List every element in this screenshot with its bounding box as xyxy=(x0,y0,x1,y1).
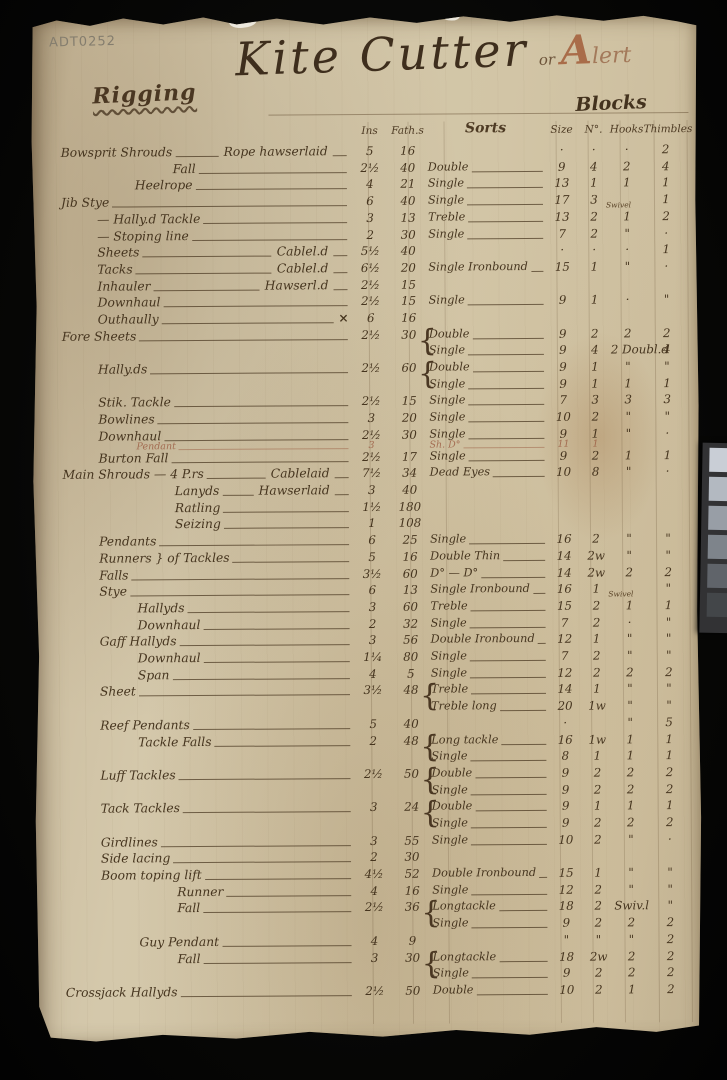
leader-line xyxy=(434,715,546,728)
block-size-value: " xyxy=(550,932,582,949)
sorts-line: Long tackle161w11 xyxy=(429,731,691,749)
size-value: 6 xyxy=(352,532,392,549)
hooks-value: " xyxy=(614,864,648,881)
leader-line xyxy=(179,766,351,780)
fathoms-value: 16 xyxy=(392,548,428,565)
fathoms-value: 34 xyxy=(392,465,428,482)
thimbles-value: 1 xyxy=(644,191,688,208)
fathoms-value: 50 xyxy=(395,983,431,1000)
sorts-block: Double Ironbound151"" xyxy=(430,864,692,882)
hooks-value: 3 xyxy=(611,392,645,409)
number-value: 1 xyxy=(579,375,611,392)
sorts-line: ···1 xyxy=(426,241,688,259)
block-size-value: 9 xyxy=(550,815,582,832)
material-label: Cablel.d xyxy=(277,260,329,277)
fathoms-value: 52 xyxy=(394,866,430,883)
bracket-brace: { xyxy=(420,763,439,796)
sorts-block: Single12222 xyxy=(429,664,691,682)
number-value: 8 xyxy=(580,464,612,481)
sorts-line: Single9222 xyxy=(430,914,692,932)
leader-line xyxy=(475,798,546,811)
sort-label: Single xyxy=(428,532,466,549)
sort-label: Double Ironbound xyxy=(429,631,535,648)
hooks-value: " xyxy=(610,225,644,242)
number-value: 1 xyxy=(581,748,613,765)
sorts-block xyxy=(428,513,690,531)
sorts-line: Double Ironbound151"" xyxy=(430,864,692,882)
sorts-line xyxy=(428,497,690,515)
leader-line xyxy=(433,481,545,494)
table-row: Hally.ds2½60{Double91""Single9111 xyxy=(50,358,689,395)
hooks-value: 1 xyxy=(611,447,645,464)
block-size-value: 7 xyxy=(549,648,581,665)
hooks-value: 2 xyxy=(612,564,646,581)
leader-line xyxy=(469,426,545,439)
leader-line xyxy=(207,466,266,479)
leader-line xyxy=(501,731,546,744)
sorts-line: Double9222 xyxy=(427,325,689,343)
number-value: 1 xyxy=(579,292,611,309)
block-size-value: 10 xyxy=(551,982,583,999)
sorts-line: Single9222 xyxy=(430,781,692,799)
sort-label: Single xyxy=(427,448,465,465)
block-size-value: 9 xyxy=(547,292,579,309)
sorts-line: Single9111 xyxy=(427,375,689,393)
leader-line xyxy=(469,531,545,544)
leader-line xyxy=(183,799,351,813)
fathoms-value: 60 xyxy=(392,565,428,582)
size-value: 2½ xyxy=(351,360,391,377)
sorts-line: Single942 Doubl.d4 xyxy=(427,341,689,359)
sorts-block: {Longtackle182Swiv.l"Single9222 xyxy=(430,897,692,932)
calibration-swatch xyxy=(707,564,727,589)
hooks-value: 1 xyxy=(613,731,647,748)
number-value: 2 xyxy=(579,447,611,464)
sorts-block: Single122"" xyxy=(430,881,692,899)
sorts-block: {Double9222Single9222 xyxy=(429,764,691,799)
sort-label: Treble xyxy=(428,598,467,615)
block-size-value: 14 xyxy=(548,564,580,581)
number-value: 1 xyxy=(581,631,613,648)
sorts-block: Treble1521Swivel1 xyxy=(428,597,690,615)
sorts-block: Double10212 xyxy=(431,981,693,999)
size-value: 4½ xyxy=(354,866,394,883)
size-value: 3 xyxy=(355,949,395,966)
size-value: 3 xyxy=(354,832,394,849)
section-header-rigging: Rigging xyxy=(92,79,197,109)
hooks-value: 2 xyxy=(614,781,648,798)
sorts-line: Single Ironbound161" xyxy=(428,580,690,598)
row-label: Fall xyxy=(177,900,200,917)
thimbles-value: · xyxy=(646,463,690,480)
row-label: Seizing xyxy=(175,516,221,533)
fathoms-value: 32 xyxy=(393,615,429,632)
leader-line xyxy=(136,260,272,274)
number-value: 4 xyxy=(579,342,611,359)
number-value: 2 xyxy=(582,831,614,848)
size-value: 2 xyxy=(353,615,393,632)
size-value: 3 xyxy=(352,482,392,499)
number-value: 1w xyxy=(581,698,613,715)
leader-line xyxy=(467,175,543,188)
sorts-line xyxy=(430,847,692,865)
row-label: Lanyds xyxy=(175,483,220,500)
block-size-value: 12 xyxy=(549,664,581,681)
sort-label: Single xyxy=(429,648,467,665)
block-size-value: 14 xyxy=(548,548,580,565)
torn-edge-chip xyxy=(442,9,461,21)
sorts-block: Double Ironbound121"" xyxy=(429,630,691,648)
sorts-block: Dead Eyes108"· xyxy=(428,463,690,481)
sorts-line: Double9222 xyxy=(429,764,691,782)
column-header-thimbles: Thimbles xyxy=(644,123,688,135)
leader-line xyxy=(335,465,349,478)
leader-line xyxy=(233,549,350,563)
block-size-value: 9 xyxy=(547,359,579,376)
sorts-block: Single Ironbound151"· xyxy=(426,258,688,276)
row-label: Inhauler xyxy=(97,278,150,295)
size-value: 3 xyxy=(351,440,391,450)
size-value: 1½ xyxy=(352,499,392,516)
thimbles-value: " xyxy=(648,864,692,881)
grayscale-calibration-strip xyxy=(699,443,727,634)
number-value: 2 xyxy=(583,965,615,982)
leader-line xyxy=(471,598,546,611)
material-label: Rope hawserlaid xyxy=(224,143,328,160)
leader-line xyxy=(493,464,545,477)
block-size-value: 9 xyxy=(550,781,582,798)
size-value: 2½ xyxy=(351,393,391,410)
sort-label: Single Ironbound xyxy=(426,259,528,276)
row-label: Gaff Hallyds xyxy=(100,633,177,650)
thimbles-value: " xyxy=(647,630,691,647)
block-size-value: 7 xyxy=(549,614,581,631)
leader-line xyxy=(432,309,544,322)
calibration-swatch xyxy=(708,506,727,531)
hooks-value: · xyxy=(610,141,644,158)
size-value: 2½ xyxy=(353,766,393,783)
leader-line xyxy=(333,143,347,156)
fathoms-value: 25 xyxy=(392,532,428,549)
leader-line xyxy=(175,144,219,157)
size-value: 3 xyxy=(351,410,391,427)
thimbles-value: " xyxy=(645,291,689,308)
leader-line xyxy=(499,948,548,961)
rigging-table-rows: Bowsprit ShroudsRope hawserlaid516···2Fa… xyxy=(49,141,693,1001)
number-value: 2 xyxy=(582,898,614,915)
row-label: Runners } of Tackles xyxy=(99,550,230,567)
sorts-block: D° — D°142w22 xyxy=(428,564,690,582)
row-label: Tacks xyxy=(97,261,132,278)
leader-line xyxy=(226,883,351,897)
size-value: 4 xyxy=(353,666,393,683)
block-size-value: 9 xyxy=(547,325,579,342)
hooks-value: " xyxy=(614,881,648,898)
calibration-swatch xyxy=(709,477,727,502)
sort-label: D° — D° xyxy=(428,565,478,582)
thimbles-value: " xyxy=(647,647,691,664)
block-size-value: 9 xyxy=(549,765,581,782)
leader-line xyxy=(472,915,548,928)
thimbles-value: 1 xyxy=(648,797,692,814)
material-label: Cablel.d xyxy=(277,243,329,260)
block-size-value: 13 xyxy=(546,209,578,226)
sorts-line xyxy=(427,308,689,326)
leader-line xyxy=(195,177,346,191)
fathoms-value: 108 xyxy=(392,515,428,532)
size-value: 6 xyxy=(351,310,391,327)
sorts-line: Double Ironbound121"" xyxy=(429,630,691,648)
thimbles-value: 1 xyxy=(644,241,688,258)
size-value: 3 xyxy=(353,632,393,649)
thimbles-value: 2 xyxy=(646,564,690,581)
leader-line xyxy=(203,900,351,914)
number-value: 2 xyxy=(582,781,614,798)
leader-line xyxy=(142,244,271,258)
block-size-value: 15 xyxy=(546,259,578,276)
leader-line xyxy=(471,832,547,845)
number-value: 2w xyxy=(583,948,615,965)
bracket-brace: { xyxy=(421,797,440,830)
column-header-hooks: Hooks xyxy=(610,123,644,135)
fathoms-value: 56 xyxy=(393,632,429,649)
row-label: Sheets xyxy=(97,245,139,262)
table-row: Fall330{Longtackle182w22Single9222 xyxy=(54,948,693,985)
hooks-value: 2 xyxy=(614,814,648,831)
material-label: Hawserl.d xyxy=(265,277,329,294)
hooks-value: Swiv.l xyxy=(614,898,648,915)
hooks-value: 1Swivel xyxy=(610,208,644,225)
sort-label: Double xyxy=(431,982,474,999)
title-connector: or xyxy=(539,50,556,69)
fathoms-value: 40 xyxy=(390,243,426,260)
calibration-swatch xyxy=(708,535,727,560)
block-size-value: 10 xyxy=(548,464,580,481)
table-row: Crossjack Hallyds2½50Double10212 xyxy=(54,981,693,1002)
title-alt-rest: lert xyxy=(592,43,632,69)
material-label: Hawserlaid xyxy=(259,482,330,499)
number-value: · xyxy=(578,242,610,259)
size-value: 2½ xyxy=(350,276,390,293)
sorts-line: Double91"" xyxy=(427,358,689,376)
row-label: Outhaully xyxy=(98,311,159,328)
material-label: Cablelaid xyxy=(271,466,330,483)
leader-line xyxy=(472,965,548,978)
leader-line xyxy=(472,326,543,339)
thimbles-value: 4 xyxy=(644,158,688,175)
sorts-block: {Treble141""Treble long201w"" xyxy=(429,680,691,715)
block-size-value: 9 xyxy=(550,798,582,815)
thimbles-value: " xyxy=(645,408,689,425)
block-size-value: 7 xyxy=(546,225,578,242)
number-value: 1 xyxy=(578,258,610,275)
fathoms-value: 21 xyxy=(390,176,426,193)
sorts-line: Single9222 xyxy=(430,814,692,832)
hooks-value: 1 xyxy=(615,981,649,998)
thimbles-value: 2 xyxy=(648,781,692,798)
sorts-line: Treble long201w"" xyxy=(429,697,691,715)
block-size-value: 10 xyxy=(547,409,579,426)
sorts-block: {Longtackle182w22Single9222 xyxy=(431,948,693,983)
row-label: Stik. Tackle xyxy=(98,395,171,412)
hooks-value: 2 xyxy=(613,764,647,781)
size-value: 6 xyxy=(350,193,390,210)
size-value: 3½ xyxy=(352,565,392,582)
size-value: 3 xyxy=(352,599,392,616)
hooks-value: " xyxy=(613,714,647,731)
number-value: 1 xyxy=(579,359,611,376)
block-size-value: 15 xyxy=(550,865,582,882)
sorts-block: {Long tackle161w11Single8111 xyxy=(429,731,691,766)
thimbles-value: 2 xyxy=(647,664,691,681)
sort-label: Single Ironbound xyxy=(428,581,530,598)
size-value: 2½ xyxy=(355,983,395,1000)
leader-line xyxy=(159,532,349,546)
thimbles-value: 2 xyxy=(649,964,693,981)
row-label: Tack Tackles xyxy=(101,800,180,817)
size-value: 2½ xyxy=(354,899,394,916)
hooks-value: 1 xyxy=(613,747,647,764)
sort-label: Single xyxy=(426,193,464,210)
sorts-line: Single12222 xyxy=(429,664,691,682)
size-value: 5 xyxy=(352,549,392,566)
sorts-line: Single9211 xyxy=(427,447,689,465)
number-value: 1 xyxy=(581,681,613,698)
size-value: 2½ xyxy=(351,327,391,344)
sorts-line: Single7333 xyxy=(427,392,689,410)
size-value: 6½ xyxy=(350,260,390,277)
sort-label: Double Thin xyxy=(428,548,500,565)
leader-line xyxy=(203,616,349,630)
sorts-line: Treble1521Swivel1 xyxy=(428,597,690,615)
size-value: 1¼ xyxy=(353,649,393,666)
number-value: 1 xyxy=(582,865,614,882)
leader-line xyxy=(181,983,352,997)
fathoms-value: 80 xyxy=(393,649,429,666)
sorts-line: ·"5 xyxy=(429,714,691,732)
number-value: 2 xyxy=(581,614,613,631)
row-label: Burton Fall xyxy=(99,450,169,467)
sorts-line: Single72·" xyxy=(429,614,691,632)
size-value: 7½ xyxy=(352,465,392,482)
number-value: 1 xyxy=(582,798,614,815)
hooks-value: 2 xyxy=(615,948,649,965)
swivel-note: Swivel xyxy=(608,590,633,597)
block-size-value: 16 xyxy=(549,731,581,748)
fathoms-value: 13 xyxy=(392,582,428,599)
sorts-line: Single102"· xyxy=(430,831,692,849)
document-title: Kite Cutter or Alert xyxy=(234,19,632,86)
hooks-value: " xyxy=(613,681,647,698)
thimbles-value: 2 xyxy=(649,948,693,965)
sorts-line: Longtackle182Swiv.l" xyxy=(430,897,692,915)
row-label: Hallyds xyxy=(137,600,184,617)
sorts-line: Treble1321Swivel2 xyxy=(426,208,688,226)
sort-label: Single xyxy=(429,615,467,632)
hooks-value: · xyxy=(610,242,644,259)
row-label: Hally.ds xyxy=(98,361,147,378)
size-value: 3½ xyxy=(353,682,393,699)
leader-line xyxy=(203,210,347,224)
sorts-block: ·"5 xyxy=(429,714,691,732)
fathoms-value: 30 xyxy=(390,226,426,243)
number-value: 2 xyxy=(578,208,610,225)
size-value: 2 xyxy=(354,849,394,866)
sorts-block: Single72"· xyxy=(426,225,688,243)
block-size-value: 9 xyxy=(547,375,579,392)
leader-line xyxy=(150,360,348,374)
leader-line xyxy=(224,516,349,530)
row-label: Tackle Falls xyxy=(138,733,211,750)
number-value: 2 xyxy=(579,409,611,426)
row-label: Side lacing xyxy=(101,851,170,868)
row-label: Guy Pendant xyxy=(139,934,219,951)
row-label: Downhaul xyxy=(98,295,161,312)
thimbles-value: " xyxy=(646,530,690,547)
number-value: 1 xyxy=(578,175,610,192)
title-main: Kite Cutter xyxy=(234,22,529,86)
bracket-brace: { xyxy=(418,324,437,357)
sorts-block xyxy=(426,275,688,293)
archive-reference-label: ADT0252 xyxy=(49,34,116,51)
sorts-block: {Double9222Single942 Doubl.d4 xyxy=(427,325,689,360)
sorts-line xyxy=(426,275,688,293)
block-size-value: 9 xyxy=(547,342,579,359)
thimbles-value: " xyxy=(645,358,689,375)
leader-line xyxy=(161,833,351,847)
hooks-value: " xyxy=(614,931,648,948)
leader-line xyxy=(471,815,547,828)
hooks-value: 2 xyxy=(611,325,645,342)
hooks-value: " xyxy=(612,547,646,564)
block-size-value: · xyxy=(549,715,581,732)
sorts-block: Single13111 xyxy=(426,174,688,192)
size-value: 2 xyxy=(350,226,390,243)
sorts-line: Single91·" xyxy=(427,291,689,309)
row-label: Fore Sheets xyxy=(62,328,137,345)
row-label: Reef Pendants xyxy=(100,717,190,734)
block-size-value: 9 xyxy=(546,158,578,175)
number-value: 2w xyxy=(580,564,612,581)
leader-line xyxy=(468,292,544,305)
leader-line xyxy=(473,359,544,372)
row-label: Sheet xyxy=(100,684,136,701)
leader-line xyxy=(469,448,545,461)
row-label: Span xyxy=(138,667,170,684)
fathoms-value: 16 xyxy=(390,143,426,160)
sort-label: Single xyxy=(427,393,465,410)
leader-line xyxy=(468,342,544,355)
number-value: 2 xyxy=(579,325,611,342)
leader-line xyxy=(538,631,546,644)
thimbles-value: 3 xyxy=(645,392,689,409)
thimbles-value: 5 xyxy=(647,714,691,731)
hooks-value: " xyxy=(612,464,646,481)
sorts-line: Single9222 xyxy=(431,964,693,982)
bracket-brace: { xyxy=(420,680,439,713)
row-label: Bowsprit Shrouds xyxy=(61,144,173,161)
fathoms-value: 40 xyxy=(390,159,426,176)
sorts-line: Single162"" xyxy=(428,530,690,548)
leader-line xyxy=(192,227,348,241)
hooks-value: " xyxy=(613,631,647,648)
row-label: — Stoping line xyxy=(97,228,189,245)
sorts-block: Single1731 xyxy=(426,191,688,209)
leader-line xyxy=(333,243,347,256)
manuscript-page: ADT0252 Kite Cutter or Alert Rigging Blo… xyxy=(30,14,703,1048)
hooks-value: 2 xyxy=(615,965,649,982)
row-label: Downhaul xyxy=(138,617,201,634)
